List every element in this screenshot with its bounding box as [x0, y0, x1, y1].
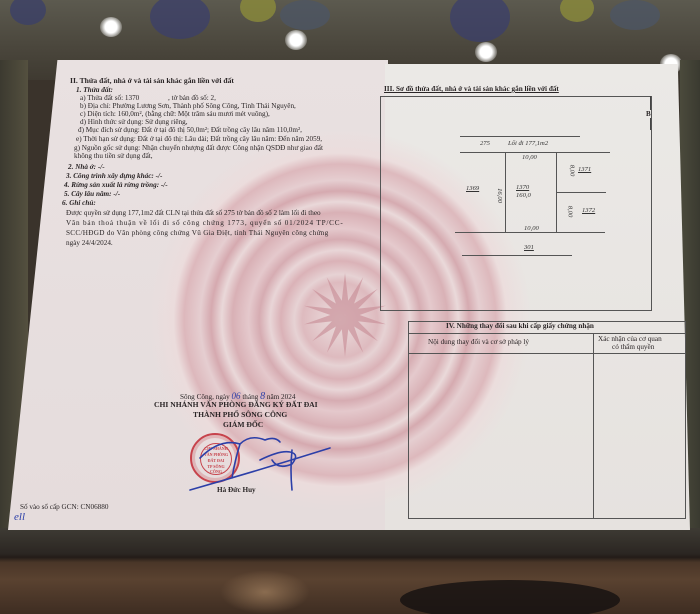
- usage-origin-cont: không thu tiền sử dụng đất,: [74, 152, 153, 160]
- sketch-line: [455, 232, 605, 233]
- dimension-label: 8,00: [566, 206, 573, 218]
- usage-purpose: đ) Mục đích sử dụng: Đất ở tại đô thị 50…: [78, 126, 302, 134]
- column-header-confirmation: Xác nhận của cơ quan: [598, 335, 662, 343]
- decorative-flower: [240, 0, 276, 22]
- column-header-changes: Nội dung thay đổi và cơ sở pháp lý: [428, 338, 529, 346]
- registry-number: Số vào sổ cấp GCN: CN06880: [20, 503, 108, 511]
- section-ii-title: II. Thửa đất, nhà ở và tài sản khác gắn …: [70, 76, 234, 85]
- office-name-line1: CHI NHÁNH VĂN PHÒNG ĐĂNG KÝ ĐẤT ĐAI: [154, 400, 318, 409]
- production-forest-field: 4. Rừng sản xuất là rừng trồng: -/-: [64, 181, 168, 189]
- house-field: 2. Nhà ở: -/-: [68, 163, 105, 171]
- parcel-number: a) Thửa đất số: 1370: [80, 94, 139, 102]
- usage-origin: g) Nguồn gốc sử dụng: Nhận chuyển nhượng…: [74, 144, 323, 152]
- usage-form: d) Hình thức sử dụng: Sử dụng riêng,: [80, 118, 188, 126]
- note-line: SCC/HĐGD do Văn phòng công chứng Vũ Gia …: [66, 229, 328, 237]
- sketch-line: [462, 255, 572, 256]
- light-reflection: [475, 42, 497, 62]
- header-divider: [409, 353, 685, 354]
- decorative-flower: [610, 0, 660, 30]
- drum-star-watermark: [300, 270, 390, 360]
- parcel-label: 275: [480, 140, 490, 147]
- column-divider: [593, 333, 594, 518]
- note-line: ngày 24/4/2024.: [66, 239, 113, 247]
- area: c) Diện tích: 160,0m², (bằng chữ: Một tr…: [80, 110, 270, 118]
- sketch-line: [556, 192, 606, 193]
- sketch-line: [460, 136, 580, 137]
- decorative-flower: [560, 0, 594, 22]
- office-name-line2: THÀNH PHỐ SÔNG CÔNG: [193, 410, 287, 419]
- perennial-trees-field: 5. Cây lâu năm: -/-: [64, 190, 120, 198]
- handwritten-initials: ell: [14, 511, 25, 523]
- usage-duration: e) Thời hạn sử dụng: Đất ở tại đô thị: L…: [76, 135, 322, 143]
- other-construction-field: 3. Công trình xây dựng khác: -/-: [66, 172, 162, 180]
- handwritten-signature: [180, 430, 340, 500]
- sketch-line: [460, 152, 610, 153]
- parcel-sketch-frame: [380, 96, 652, 311]
- note-line: Văn bản thoả thuận về lối đi số công chứ…: [66, 219, 344, 227]
- floor-reflection: [220, 570, 310, 614]
- path-label: Lối đi 177,1m2: [508, 140, 548, 147]
- light-reflection: [100, 17, 122, 37]
- column-header-confirmation-cont: có thẩm quyền: [612, 343, 654, 351]
- signer-name: Hà Đức Huy: [217, 486, 256, 494]
- decorative-flower: [450, 0, 510, 42]
- parcel-label: 1369: [466, 185, 479, 192]
- decorative-flower: [10, 0, 46, 25]
- decorative-flower: [150, 0, 210, 39]
- parcel-label: 301: [524, 244, 534, 251]
- dimension-label: 10,00: [524, 225, 539, 232]
- parcel-label: 1372: [582, 207, 595, 214]
- signer-position: GIÁM ĐỐC: [223, 420, 263, 429]
- note-line: Được quyền sử dụng 177,1m2 đất CLN tại t…: [66, 209, 321, 217]
- dimension-label: 16,00: [496, 188, 503, 203]
- parcel-label: 1371: [578, 166, 591, 173]
- light-reflection: [285, 30, 307, 50]
- address: b) Địa chỉ: Phường Lương Sơn, Thành phố …: [80, 102, 296, 110]
- decorative-flower: [280, 0, 330, 30]
- section-iii-title: III. Sơ đồ thửa đất, nhà ở và tài sản kh…: [384, 85, 559, 93]
- sketch-line: [505, 152, 506, 232]
- dimension-label: 10,00: [522, 154, 537, 161]
- dimension-label: 8,00: [568, 165, 575, 177]
- area-label: 160,0: [516, 192, 531, 199]
- parcel-label: 1370: [516, 184, 529, 191]
- notes-heading: 6. Ghi chú:: [62, 199, 96, 207]
- land-heading: 1. Thửa đất:: [76, 86, 113, 94]
- floor-shadow: [400, 580, 620, 614]
- map-sheet-number: , tờ bản đồ số: 2,: [168, 94, 216, 102]
- section-iv-title: IV. Những thay đổi sau khi cấp giấy chứn…: [446, 322, 594, 330]
- north-marker: B: [646, 110, 651, 118]
